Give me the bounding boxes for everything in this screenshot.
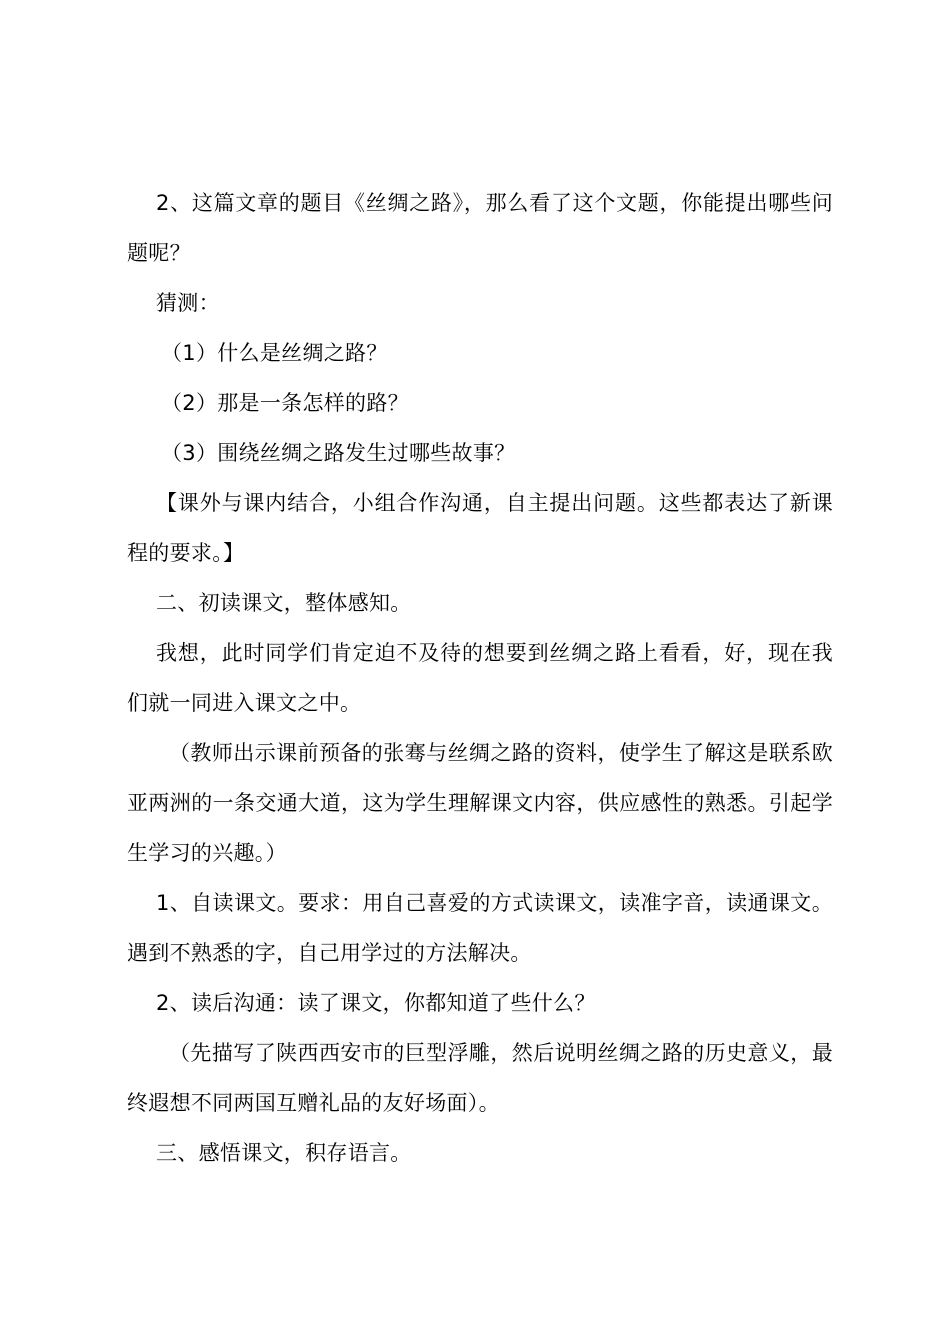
intro-paragraph: 我想，此时同学们肯定迫不及待的想要到丝绸之路上看看，好，现在我们就一同进入课文之… bbox=[127, 628, 833, 728]
teaching-note-2: （教师出示课前预备的张骞与丝绸之路的资料，使学生了解这是联系欧亚两洲的一条交通大… bbox=[127, 728, 833, 878]
guess-item-2: （2）那是一条怎样的路？ bbox=[127, 378, 833, 428]
guess-item-1: （1）什么是丝绸之路？ bbox=[127, 328, 833, 378]
question-paragraph: 2、这篇文章的题目《丝绸之路》，那么看了这个文题，你能提出哪些问题呢？ bbox=[127, 178, 833, 278]
guess-label: 猜测： bbox=[127, 278, 833, 328]
step-1-paragraph: 1、自读课文。要求：用自己喜爱的方式读课文，读准字音，读通课文。遇到不熟悉的字，… bbox=[127, 878, 833, 978]
document-page: 2、这篇文章的题目《丝绸之路》，那么看了这个文题，你能提出哪些问题呢？ 猜测： … bbox=[127, 178, 833, 1178]
guess-item-3: （3）围绕丝绸之路发生过哪些故事？ bbox=[127, 428, 833, 478]
teaching-note-3: （先描写了陕西西安市的巨型浮雕，然后说明丝绸之路的历史意义，最终遐想不同两国互赠… bbox=[127, 1028, 833, 1128]
section-heading-3: 三、感悟课文，积存语言。 bbox=[127, 1128, 833, 1178]
section-heading-2: 二、初读课文，整体感知。 bbox=[127, 578, 833, 628]
teaching-note-1: 【课外与课内结合，小组合作沟通，自主提出问题。这些都表达了新课程的要求。】 bbox=[127, 478, 833, 578]
step-2-paragraph: 2、读后沟通：读了课文，你都知道了些什么？ bbox=[127, 978, 833, 1028]
